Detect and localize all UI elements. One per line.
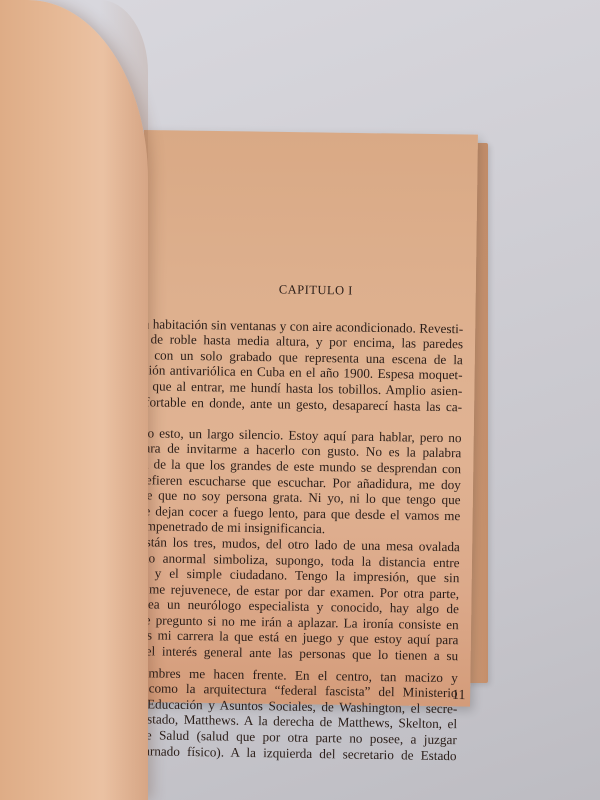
page-number: 11 (452, 688, 466, 704)
book-photo: CAPITULO I Una habitación sin ventanas y… (0, 0, 600, 800)
paragraph: Una habitación sin ventanas y con aire a… (126, 316, 468, 430)
page-curl-shadow (100, 0, 148, 800)
paragraph: hí están los tres, mudos, del otro lado … (122, 534, 464, 664)
page-text: CAPITULO I Una habitación sin ventanas y… (120, 280, 467, 764)
paragraph: lecho esto, un largo silencio. Estoy aqu… (124, 425, 466, 539)
paragraph: s hombres me hacen frente. En el centro,… (120, 665, 461, 764)
